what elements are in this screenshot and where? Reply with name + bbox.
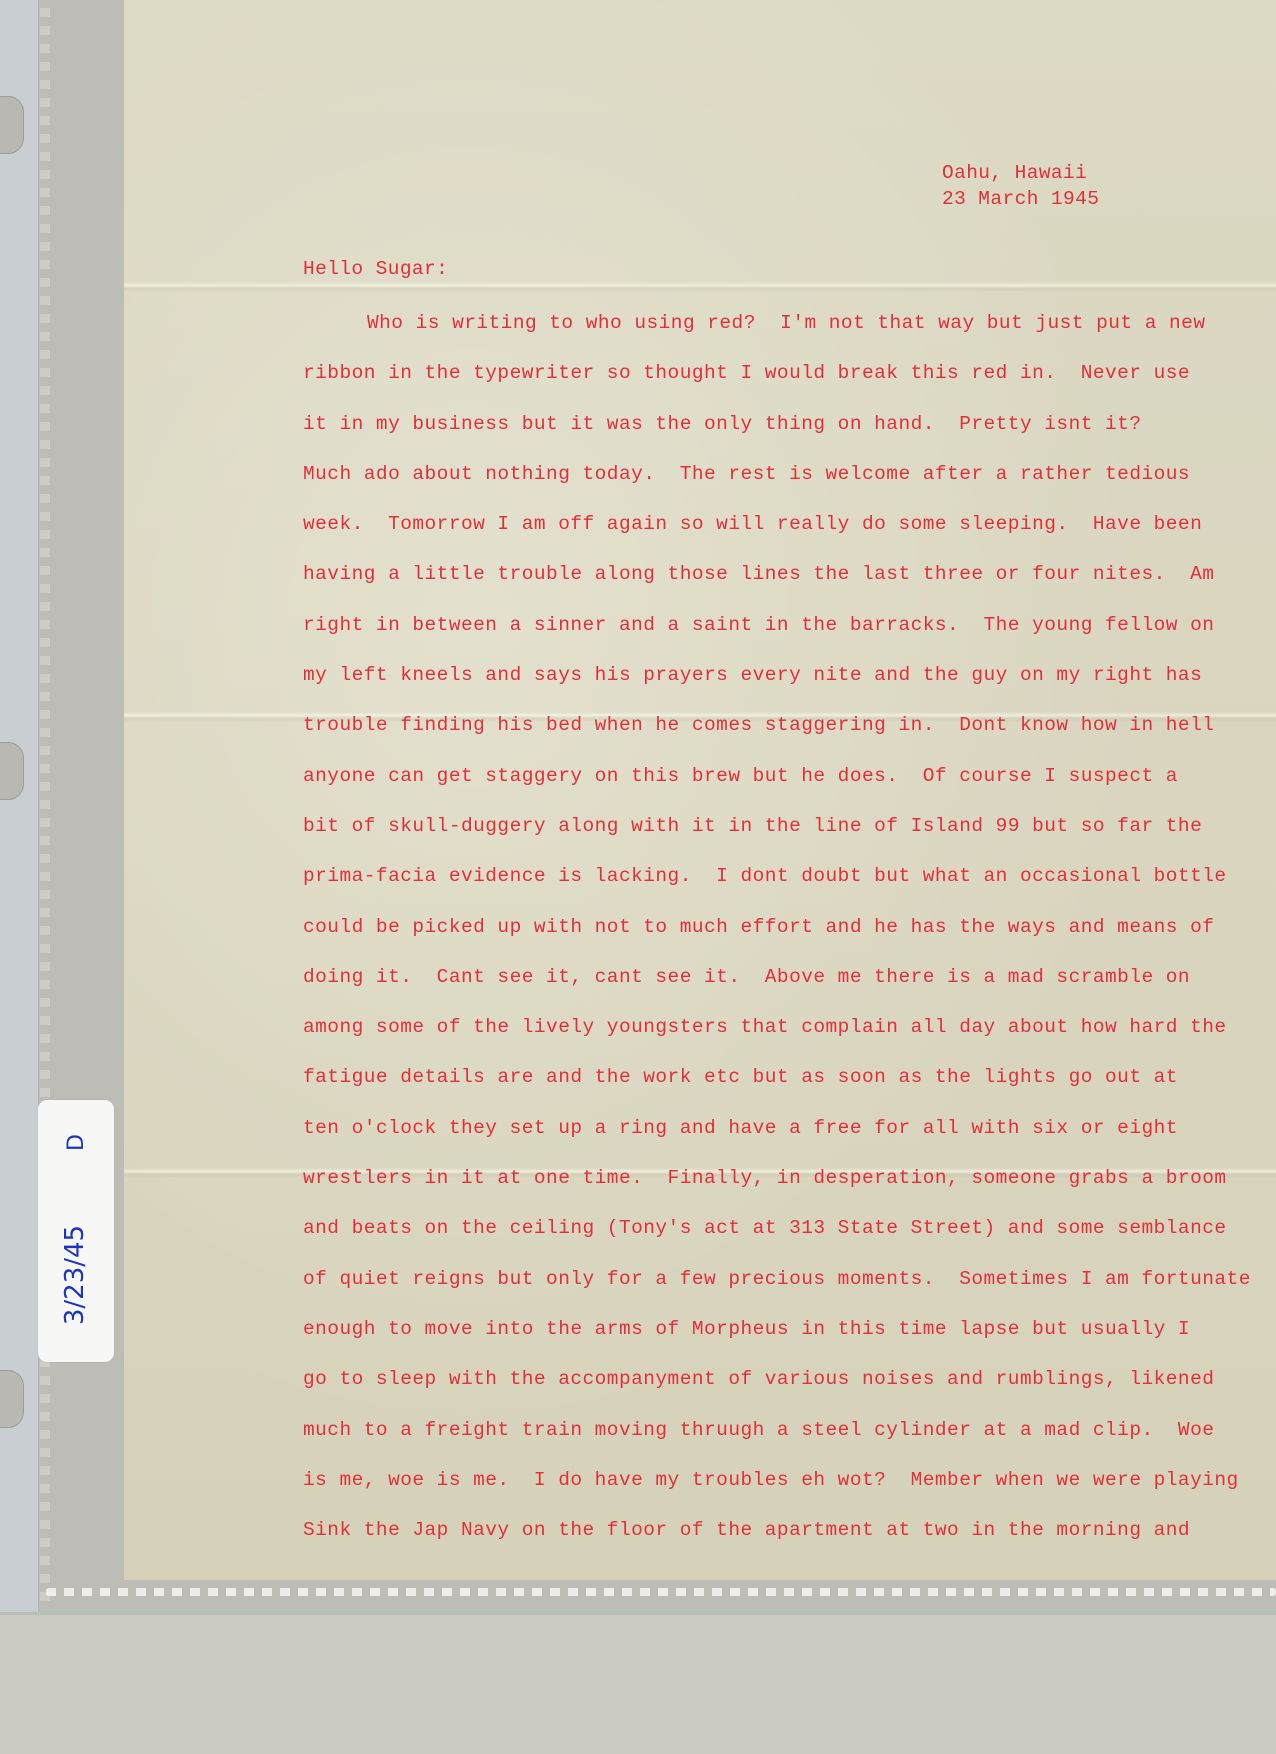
letter-line: could be picked up with not to much effo… [303, 916, 1251, 966]
letter-line: ribbon in the typewriter so thought I wo… [303, 362, 1251, 412]
letter-heading-place: Oahu, Hawaii [942, 162, 1087, 184]
letter-line: anyone can get staggery on this brew but… [303, 765, 1251, 815]
letter-line: much to a freight train moving thruugh a… [303, 1419, 1251, 1469]
sleeve-binding-strip [0, 0, 39, 1612]
binder-hole [0, 1370, 24, 1428]
paper-fold-crease [124, 282, 1276, 292]
letter-line: right in between a sinner and a saint in… [303, 614, 1251, 664]
letter-line: enough to move into the arms of Morpheus… [303, 1318, 1251, 1368]
letter-line: Who is writing to who using red? I'm not… [303, 312, 1251, 362]
letter-salutation: Hello Sugar: [303, 258, 448, 280]
archive-label: D 3/23/45 [38, 1100, 114, 1362]
sleeve-bottom-edge [38, 1611, 1276, 1613]
binder-hole [0, 742, 24, 800]
archive-label-id: D [64, 1134, 89, 1151]
archive-label-date: 3/23/45 [60, 1220, 90, 1330]
letter-line: ten o'clock they set up a ring and have … [303, 1117, 1251, 1167]
letter-line: and beats on the ceiling (Tony's act at … [303, 1217, 1251, 1267]
letter-line: trouble finding his bed when he comes st… [303, 714, 1251, 764]
letter-line: having a little trouble along those line… [303, 563, 1251, 613]
letter-line: among some of the lively youngsters that… [303, 1016, 1251, 1066]
letter-line: week. Tomorrow I am off again so will re… [303, 513, 1251, 563]
letter-line: go to sleep with the accompanyment of va… [303, 1368, 1251, 1418]
letter-line: bit of skull-duggery along with it in th… [303, 815, 1251, 865]
letter-line: wrestlers in it at one time. Finally, in… [303, 1167, 1251, 1217]
sleeve-perforation-horizontal [46, 1588, 1276, 1596]
letter-line: of quiet reigns but only for a few preci… [303, 1268, 1251, 1318]
sleeve-perforation-vertical [40, 8, 50, 1608]
letter-line: my left kneels and says his prayers ever… [303, 664, 1251, 714]
letter-line: fatigue details are and the work etc but… [303, 1066, 1251, 1116]
letter-line: is me, woe is me. I do have my troubles … [303, 1469, 1251, 1519]
letter-line: prima-facia evidence is lacking. I dont … [303, 865, 1251, 915]
letter-line: it in my business but it was the only th… [303, 413, 1251, 463]
letter-line: doing it. Cant see it, cant see it. Abov… [303, 966, 1251, 1016]
letter-line: Much ado about nothing today. The rest i… [303, 463, 1251, 513]
letter-heading-date: 23 March 1945 [942, 188, 1099, 210]
binder-hole [0, 96, 24, 154]
letter-line: Sink the Jap Navy on the floor of the ap… [303, 1519, 1251, 1569]
letter-body: Who is writing to who using red? I'm not… [303, 312, 1251, 1569]
